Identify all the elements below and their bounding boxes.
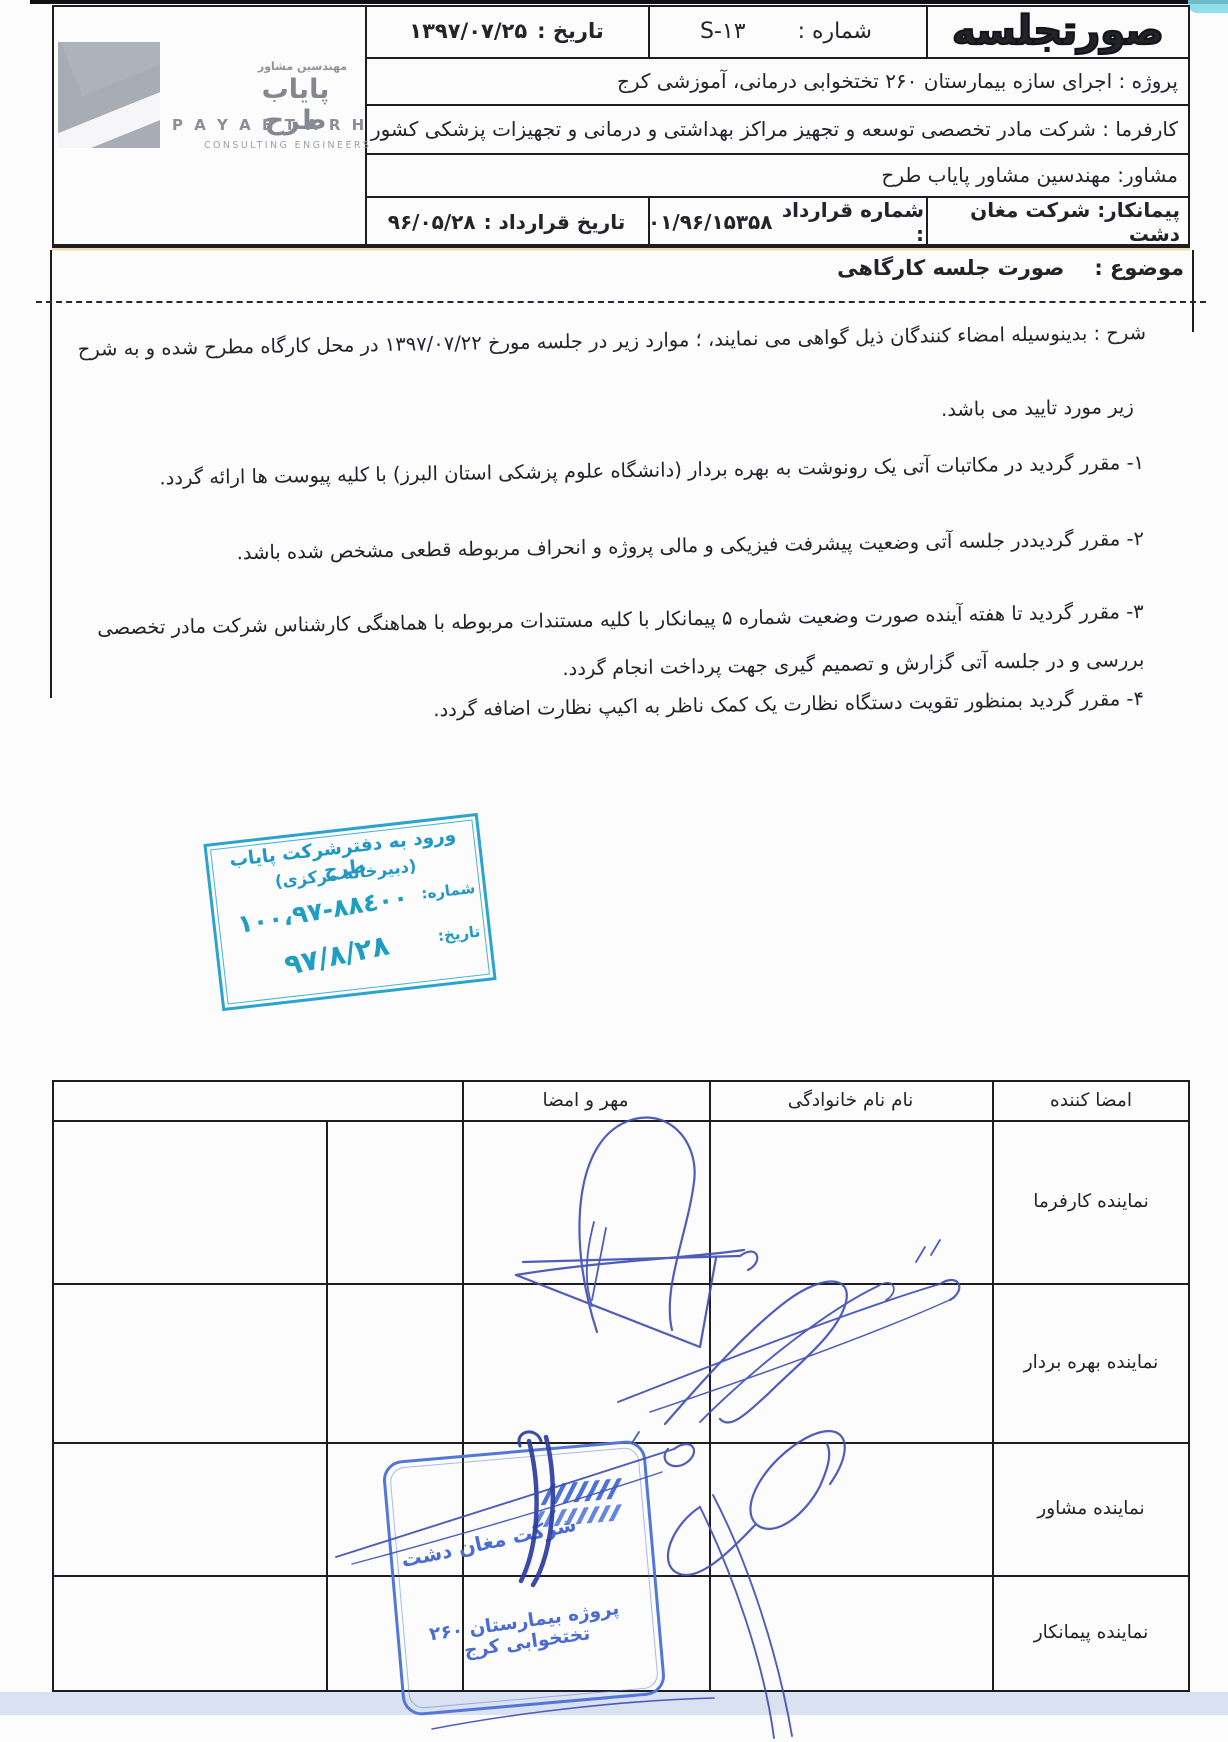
contractor-text: پیمانکار: شرکت مغان دشت xyxy=(926,198,1180,246)
contract-number-value: ۰۱/۹۶/۱۵۳۵۸ xyxy=(648,210,772,234)
signer-row-client: نماینده کارفرما xyxy=(992,1181,1190,1221)
subject-line: موضوع : صورت جلسه کارگاهی xyxy=(837,256,1184,280)
dashed-separator xyxy=(36,301,1206,303)
logo-en-name: P A Y A B T A R H xyxy=(172,116,367,134)
column-header-signer: امضا کننده xyxy=(992,1082,1190,1119)
item-2: ۲- مقرر گردیددر جلسه آتی وضعیت پیشرفت فی… xyxy=(59,524,1144,571)
column-header-seal: مهر و امضا xyxy=(462,1082,709,1119)
subject-label: موضوع : xyxy=(1094,256,1184,280)
signer-row-consultant: نماینده مشاور xyxy=(992,1488,1190,1528)
contract-date-cell: تاریخ قرارداد : ۹۶/۰۵/۲۸ xyxy=(367,198,646,246)
consultant-text: مشاور: مهندسین مشاور پایاب طرح xyxy=(881,163,1178,187)
doc-number-value: S-۱۳ xyxy=(700,19,746,44)
seal-header-text: مهر و امضا xyxy=(542,1090,628,1111)
project-text: پروژه : اجرای سازه بیمارستان ۲۶۰ تختخواب… xyxy=(617,69,1178,93)
consultant-row: مشاور: مهندسین مشاور پایاب طرح xyxy=(370,155,1188,195)
office-entry-stamp: ورود به دفترشرکت پایاب طرح (دبیرخانه مرک… xyxy=(203,813,496,1011)
doc-date-cell: تاریخ : ۱۳۹۷/۰۷/۲۵ xyxy=(367,6,646,56)
doc-title-cell: صورتجلسه xyxy=(926,6,1190,56)
scan-corner-cyan-mark xyxy=(1188,0,1228,13)
item-1: ۱- مقرر گردید در مکاتبات آتی یک رونوشت ب… xyxy=(59,448,1144,495)
signer-label-consultant: نماینده مشاور xyxy=(1037,1498,1144,1519)
client-row: کارفرما : شرکت مادر تخصصی توسعه و تجهیز … xyxy=(370,106,1188,151)
doc-date-label: تاریخ : xyxy=(537,19,604,43)
name-header-text: نام نام خانوادگی xyxy=(788,1090,914,1111)
description-line1: شرح : بدینوسیله امضاء کنندگان ذیل گواهی … xyxy=(54,318,1146,365)
column-header-name: نام نام خانوادگی xyxy=(709,1082,992,1119)
contractor-stamp: شرکت مغان دشت پروژه بیمارستان ۲۶۰ تختخوا… xyxy=(381,1439,666,1717)
client-text: کارفرما : شرکت مادر تخصصی توسعه و تجهیز … xyxy=(371,117,1178,141)
scanned-meeting-minutes-page: مهندسین مشاور پایاب طرح P A Y A B T A R … xyxy=(0,0,1228,1742)
entry-stamp-date-label: تاریخ: xyxy=(437,922,481,945)
item-3: ۳- مقرر گردید تا هفته آینده صورت وضعیت ش… xyxy=(58,588,1144,701)
signer-row-contractor: نماینده پیمانکار xyxy=(992,1612,1190,1652)
signer-label-client: نماینده کارفرما xyxy=(1033,1191,1148,1212)
doc-title: صورتجلسه xyxy=(952,8,1164,54)
signer-label-contractor: نماینده پیمانکار xyxy=(1034,1622,1149,1643)
logo-en-sub: CONSULTING ENGINEERS xyxy=(204,140,371,151)
contract-number-label: شماره قرارداد : xyxy=(776,198,924,246)
contract-number-cell: شماره قرارداد : ۰۱/۹۶/۱۵۳۵۸ xyxy=(648,198,924,246)
contract-date-label: تاریخ قرارداد : xyxy=(484,210,626,234)
doc-date-value: ۱۳۹۷/۰۷/۲۵ xyxy=(409,19,527,43)
description-line2: زیر مورد تایید می باشد. xyxy=(941,392,1134,425)
scan-top-edge-line xyxy=(30,0,1228,4)
signer-label-operator: نماینده بهره بردار xyxy=(1024,1352,1159,1373)
logo-shade xyxy=(60,42,160,96)
logo-fa-small: مهندسین مشاور xyxy=(240,60,365,73)
right-margin-rule xyxy=(1192,250,1194,332)
doc-number-cell: شماره : S-۱۳ xyxy=(648,6,924,56)
project-row: پروژه : اجرای سازه بیمارستان ۲۶۰ تختخواب… xyxy=(370,59,1188,103)
contractor-cell: پیمانکار: شرکت مغان دشت xyxy=(926,198,1190,246)
left-margin-rule xyxy=(50,250,52,698)
signer-row-operator: نماینده بهره بردار xyxy=(992,1342,1190,1382)
subject-value: صورت جلسه کارگاهی xyxy=(837,256,1064,280)
signer-header-text: امضا کننده xyxy=(1050,1090,1132,1111)
contract-date-value: ۹۶/۰۵/۲۸ xyxy=(388,210,476,234)
doc-number-label: شماره : xyxy=(798,19,872,44)
company-logo xyxy=(58,42,160,148)
